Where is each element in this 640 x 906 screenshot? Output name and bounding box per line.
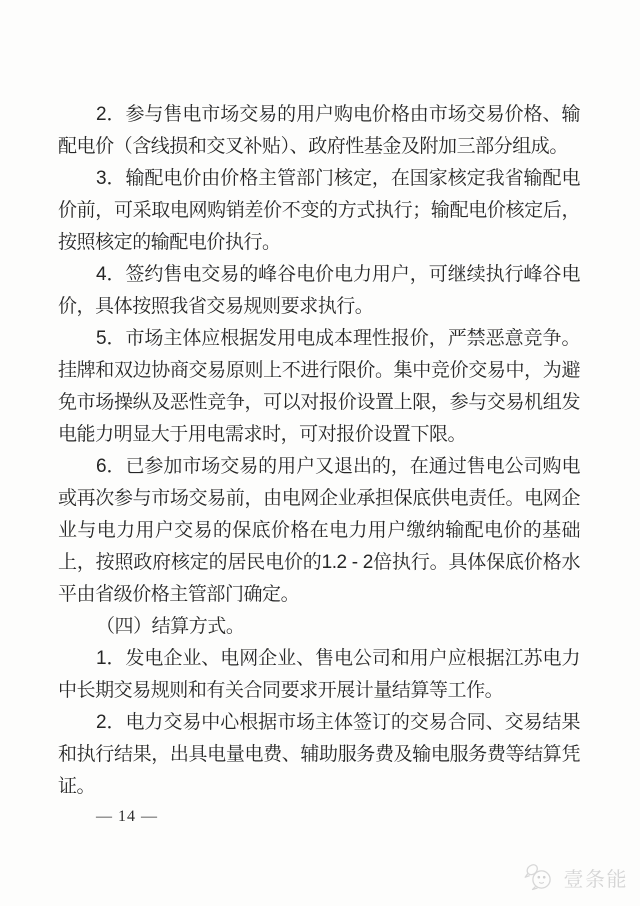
watermark-text: 壹条能 — [564, 863, 629, 892]
paragraph: 3．输配电价由价格主管部门核定，在国家核定我省输配电价前，可采取电网购销差价不变… — [58, 163, 580, 259]
document-page: 2．参与售电市场交易的用户购电价格由市场交易价格、输配电价（含线损和交叉补贴）、… — [0, 0, 640, 906]
paragraph: 2．参与售电市场交易的用户购电价格由市场交易价格、输配电价（含线损和交叉补贴）、… — [58, 99, 580, 163]
document-body: 2．参与售电市场交易的用户购电价格由市场交易价格、输配电价（含线损和交叉补贴）、… — [0, 0, 640, 803]
section-heading: （四）结算方式。 — [58, 611, 580, 643]
paragraph: 6．已参加市场交易的用户又退出的，在通过售电公司购电或再次参与市场交易前，由电网… — [58, 451, 580, 611]
page-number: — 14 — — [0, 808, 640, 826]
paragraph: 2．电力交易中心根据市场主体签订的交易合同、交易结果和执行结果，出具电量电费、辅… — [58, 707, 580, 803]
paragraph: 4．签约售电交易的峰谷电价电力用户，可继续执行峰谷电价，具体按照我省交易规则要求… — [58, 259, 580, 323]
paragraph: 1．发电企业、电网企业、售电公司和用户应根据江苏电力中长期交易规则和有关合同要求… — [58, 643, 580, 707]
paragraph: 5．市场主体应根据发用电成本理性报价，严禁恶意竞争。挂牌和双边协商交易原则上不进… — [58, 323, 580, 451]
watermark: 壹条能 — [521, 862, 629, 892]
mascot-bubbles-icon — [521, 862, 559, 892]
